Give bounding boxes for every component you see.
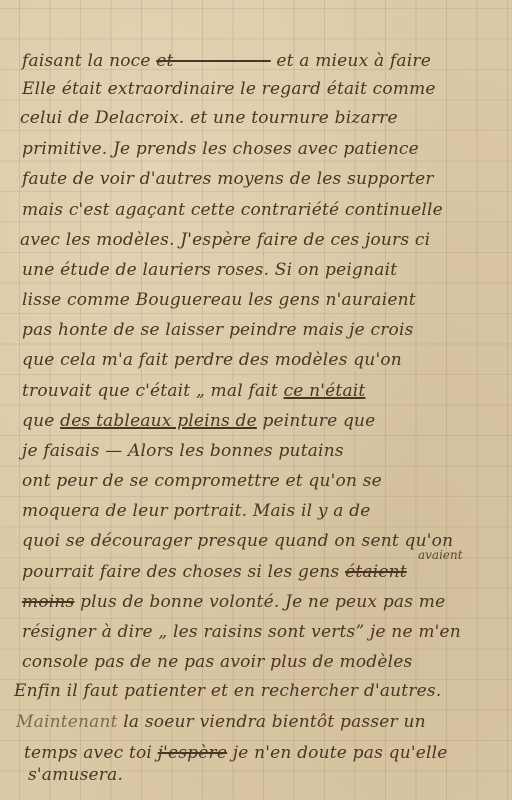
line-text: que bbox=[22, 411, 60, 431]
handwritten-line: avec les modèles. J'espère faire de ces … bbox=[20, 229, 430, 251]
underlined-text: ce n'était bbox=[284, 381, 366, 401]
line-text: temps avec toi bbox=[24, 743, 158, 763]
handwritten-line: temps avec toi j'espère je n'en doute pa… bbox=[24, 742, 448, 764]
struck-out-text: étaient bbox=[345, 562, 407, 582]
line-text: résigner à dire „ les raisins sont verts… bbox=[22, 622, 461, 642]
handwritten-line: moquera de leur portrait. Mais il y a de bbox=[22, 500, 371, 522]
handwritten-line: pas honte de se laisser peindre mais je … bbox=[22, 319, 414, 341]
line-text: je n'en doute pas qu'elle bbox=[227, 743, 447, 763]
handwritten-line: celui de Delacroix. et une tournure biza… bbox=[20, 107, 398, 129]
line-text: moquera de leur portrait. Mais il y a de bbox=[22, 501, 371, 521]
handwritten-line: Elle était extraordinaire le regard étai… bbox=[22, 78, 436, 100]
line-text: la soeur viendra bientôt passer un bbox=[118, 712, 426, 732]
handwritten-line: que cela m'a fait perdre des modèles qu'… bbox=[22, 349, 402, 371]
line-text: je faisais — Alors les bonnes putains bbox=[22, 441, 344, 461]
line-text: quoi se décourager presque quand on sent… bbox=[22, 531, 453, 551]
handwritten-line: mais c'est agaçant cette contrariété con… bbox=[22, 199, 443, 221]
handwritten-line: ont peur de se compromettre et qu'on se bbox=[22, 470, 382, 492]
handwritten-line: Enfin il faut patienter et en rechercher… bbox=[14, 680, 441, 702]
line-text: avec les modèles. J'espère faire de ces … bbox=[20, 230, 430, 250]
line-text: console pas de ne pas avoir plus de modè… bbox=[22, 652, 412, 672]
handwritten-line: console pas de ne pas avoir plus de modè… bbox=[22, 651, 412, 673]
line-text: que cela m'a fait perdre des modèles qu'… bbox=[22, 350, 402, 370]
handwritten-line: résigner à dire „ les raisins sont verts… bbox=[22, 621, 461, 643]
line-text: celui de Delacroix. et une tournure biza… bbox=[20, 108, 398, 128]
line-text: plus de bonne volonté. Je ne peux pas me bbox=[74, 592, 445, 612]
line-text: pourrait faire des choses si les gens bbox=[22, 562, 345, 582]
letter-page: faisant la noce et ——— —— et a mieux à f… bbox=[0, 0, 512, 800]
handwritten-line: primitive. Je prends les choses avec pat… bbox=[22, 138, 419, 160]
line-text: une étude de lauriers roses. Si on peign… bbox=[22, 260, 397, 280]
line-text: ont peur de se compromettre et qu'on se bbox=[22, 471, 382, 491]
struck-out-text: j'espère bbox=[158, 743, 227, 763]
line-text: Elle était extraordinaire le regard étai… bbox=[22, 79, 436, 99]
handwritten-line: quoi se décourager presque quand on sent… bbox=[22, 530, 453, 552]
line-text: s'amusera. bbox=[28, 765, 123, 785]
handwritten-line: pourrait faire des choses si les gens ét… bbox=[22, 561, 407, 583]
handwritten-line: je faisais — Alors les bonnes putains bbox=[22, 440, 344, 462]
line-text: peinture que bbox=[257, 411, 376, 431]
handwritten-line: trouvait que c'était „ mal fait ce n'éta… bbox=[22, 380, 365, 402]
struck-out-text: et ——— —— bbox=[156, 51, 271, 71]
underlined-text: des tableaux pleins de bbox=[60, 411, 257, 431]
handwritten-line: Maintenant la soeur viendra bientôt pass… bbox=[16, 711, 426, 733]
struck-out-text: moins bbox=[22, 592, 74, 612]
line-text: trouvait que c'était „ mal fait bbox=[22, 381, 284, 401]
line-text: Maintenant bbox=[16, 712, 118, 732]
handwritten-line: moins plus de bonne volonté. Je ne peux … bbox=[22, 591, 445, 613]
handwritten-line: faisant la noce et ——— —— et a mieux à f… bbox=[22, 50, 431, 72]
line-text: lisse comme Bouguereau les gens n'auraie… bbox=[22, 290, 416, 310]
line-text: faisant la noce bbox=[22, 51, 156, 71]
line-text: primitive. Je prends les choses avec pat… bbox=[22, 139, 419, 159]
line-text: mais c'est agaçant cette contrariété con… bbox=[22, 200, 443, 220]
line-text: et a mieux à faire bbox=[271, 51, 431, 71]
handwritten-line: une étude de lauriers roses. Si on peign… bbox=[22, 259, 397, 281]
handwritten-line: s'amusera. bbox=[28, 764, 123, 786]
interlinear-insertion: avaient bbox=[418, 548, 463, 562]
handwritten-line: lisse comme Bouguereau les gens n'auraie… bbox=[22, 289, 416, 311]
handwritten-line: faute de voir d'autres moyens de les sup… bbox=[22, 168, 434, 190]
handwritten-line: que des tableaux pleins de peinture que bbox=[22, 410, 375, 432]
line-text: faute de voir d'autres moyens de les sup… bbox=[22, 169, 434, 189]
line-text: Enfin il faut patienter et en rechercher… bbox=[14, 681, 441, 701]
line-text: pas honte de se laisser peindre mais je … bbox=[22, 320, 414, 340]
